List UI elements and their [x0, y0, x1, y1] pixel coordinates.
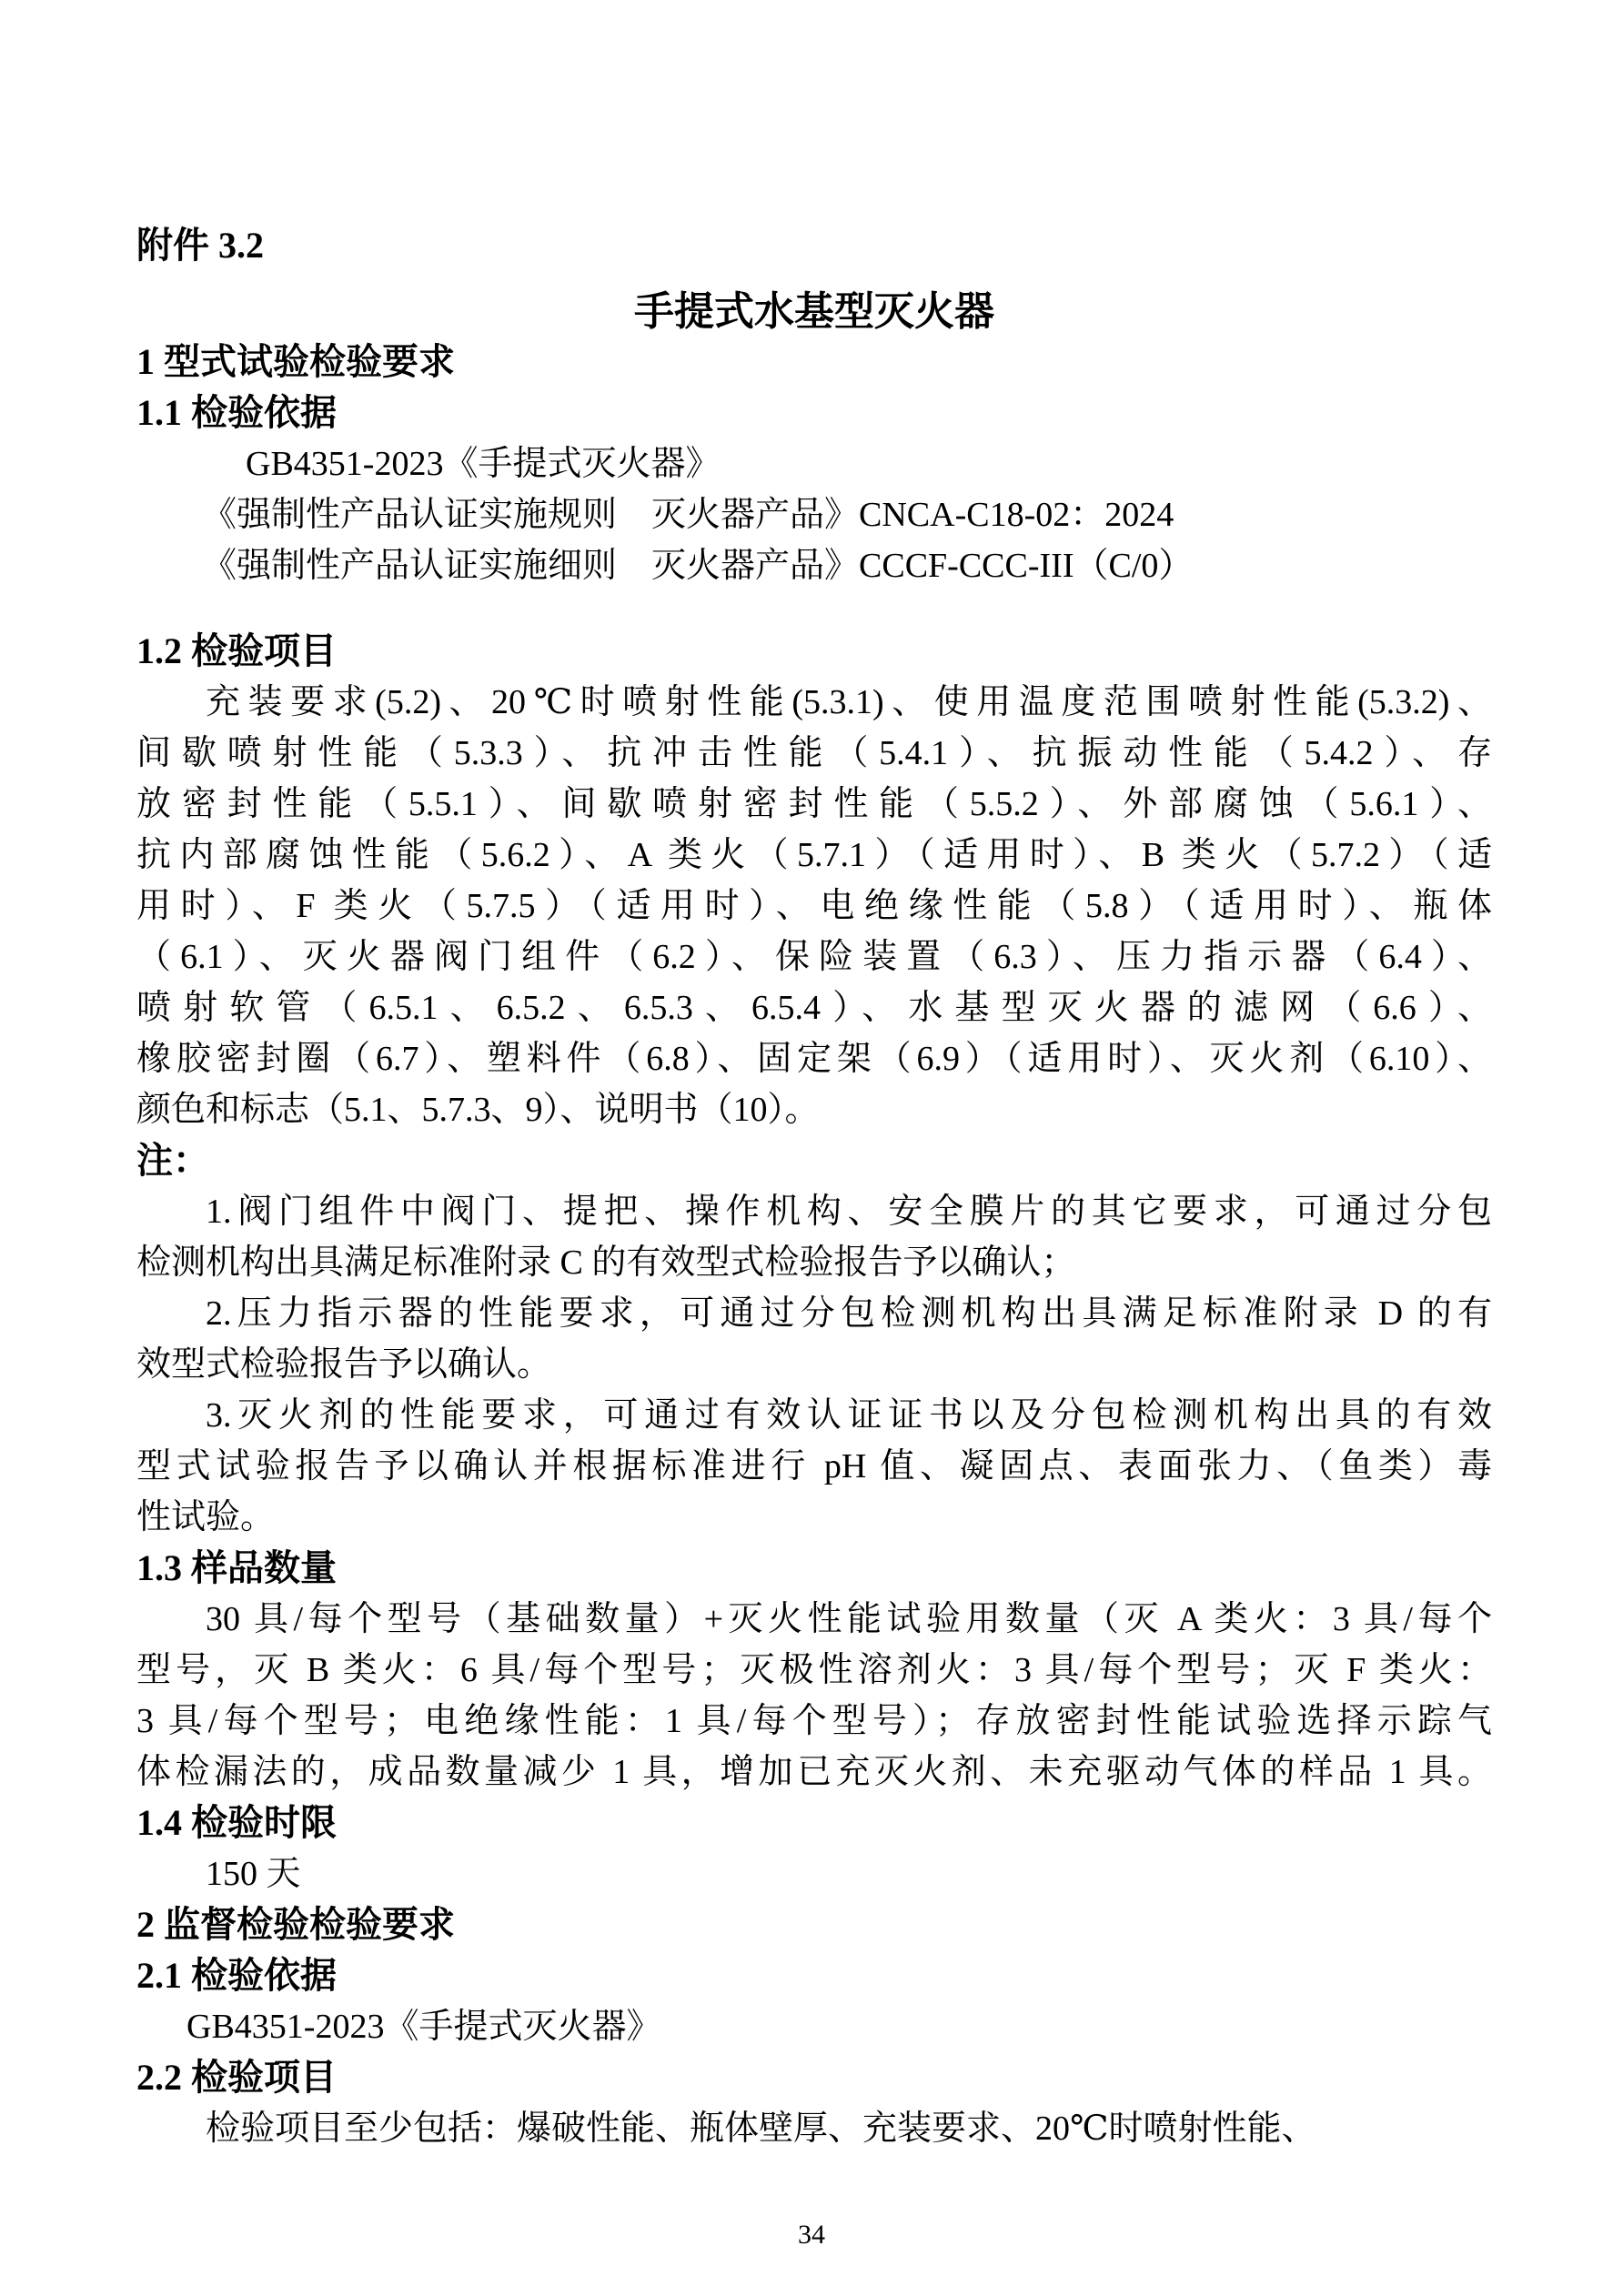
body-line: 充装要求(5.2)、20℃时喷射性能(5.3.1)、使用温度范围喷射性能(5.3…	[136, 677, 1492, 728]
body-line: 型号，灭 B 类火：6 具/每个型号；灭极性溶剂火：3 具/每个型号；灭 F 类…	[136, 1645, 1492, 1696]
body-line: 橡胶密封圈（6.7）、塑料件（6.8）、固定架（6.9）（适用时）、灭火剂（6.…	[136, 1033, 1492, 1084]
attachment-label: 附件 3.2	[136, 220, 1492, 271]
heading-1-1: 1.1 检验依据	[136, 388, 1492, 438]
heading-1-3: 1.3 样品数量	[136, 1543, 1492, 1594]
page-content: 附件 3.2 手提式水基型灭火器 1 型式试验检验要求 1.1 检验依据 GB4…	[0, 0, 1623, 2154]
heading-1-4: 1.4 检验时限	[136, 1798, 1492, 1848]
body-line: 喷射软管（6.5.1、6.5.2、6.5.3、6.5.4）、水基型灭火器的滤网（…	[136, 982, 1492, 1033]
page-number: 34	[0, 2220, 1623, 2251]
body-line: 间歇喷射性能（5.3.3）、抗冲击性能（5.4.1）、抗振动性能（5.4.2）、…	[136, 728, 1492, 779]
reference-line: 《强制性产品认证实施细则 灭火器产品》CCCF-CCC-III（C/0）	[202, 540, 1492, 591]
heading-1-2: 1.2 检验项目	[136, 626, 1492, 677]
body-line: 抗内部腐蚀性能（5.6.2）、A 类火（5.7.1）（适用时）、B 类火（5.7…	[136, 830, 1492, 881]
body-line: 体检漏法的，成品数量减少 1 具，增加已充灭火剂、未充驱动气体的样品 1 具。	[136, 1747, 1492, 1798]
reference-line: GB4351-2023《手提式灭火器》	[246, 438, 1492, 489]
note-line: 效型式检验报告予以确认。	[136, 1339, 1492, 1390]
body-line: 颜色和标志（5.1、5.7.3、9）、说明书（10）。	[136, 1084, 1492, 1135]
note-line: 性试验。	[136, 1492, 1492, 1543]
heading-2-1: 2.1 检验依据	[136, 1950, 1492, 2001]
note-line: 检测机构出具满足标准附录 C 的有效型式检验报告予以确认；	[136, 1237, 1492, 1288]
note-label: 注：	[136, 1135, 1492, 1186]
body-line: 检验项目至少包括：爆破性能、瓶体壁厚、充装要求、20℃时喷射性能、	[136, 2103, 1492, 2154]
document-page: 附件 3.2 手提式水基型灭火器 1 型式试验检验要求 1.1 检验依据 GB4…	[0, 0, 1623, 2296]
body-line: 用时）、F 类火（5.7.5）（适用时）、电绝缘性能（5.8）（适用时）、瓶体	[136, 881, 1492, 931]
document-title: 手提式水基型灭火器	[136, 278, 1492, 337]
heading-1: 1 型式试验检验要求	[136, 337, 1492, 388]
note-line: 2.压力指示器的性能要求，可通过分包检测机构出具满足标准附录 D 的有	[136, 1288, 1492, 1339]
body-line: 30 具/每个型号（基础数量）+灭火性能试验用数量（灭 A 类火：3 具/每个	[136, 1594, 1492, 1645]
reference-line: GB4351-2023《手提式灭火器》	[186, 2001, 1492, 2052]
note-line: 3.灭火剂的性能要求，可通过有效认证证书以及分包检测机构出具的有效	[136, 1390, 1492, 1441]
note-line: 1.阀门组件中阀门、提把、操作机构、安全膜片的其它要求，可通过分包	[136, 1186, 1492, 1237]
heading-2: 2 监督检验检验要求	[136, 1899, 1492, 1950]
body-line: （6.1）、灭火器阀门组件（6.2）、保险装置（6.3）、压力指示器（6.4）、	[136, 931, 1492, 982]
heading-2-2: 2.2 检验项目	[136, 2052, 1492, 2103]
reference-line: 《强制性产品认证实施规则 灭火器产品》CNCA-C18-02：2024	[202, 489, 1492, 540]
body-line: 放密封性能（5.5.1）、间歇喷射密封性能（5.5.2）、外部腐蚀（5.6.1）…	[136, 779, 1492, 830]
body-line: 3 具/每个型号；电绝缘性能：1 具/每个型号）；存放密封性能试验选择示踪气	[136, 1696, 1492, 1747]
body-line: 150 天	[136, 1848, 1492, 1899]
note-line: 型式试验报告予以确认并根据标准进行 pH 值、凝固点、表面张力、（鱼类）毒	[136, 1441, 1492, 1492]
